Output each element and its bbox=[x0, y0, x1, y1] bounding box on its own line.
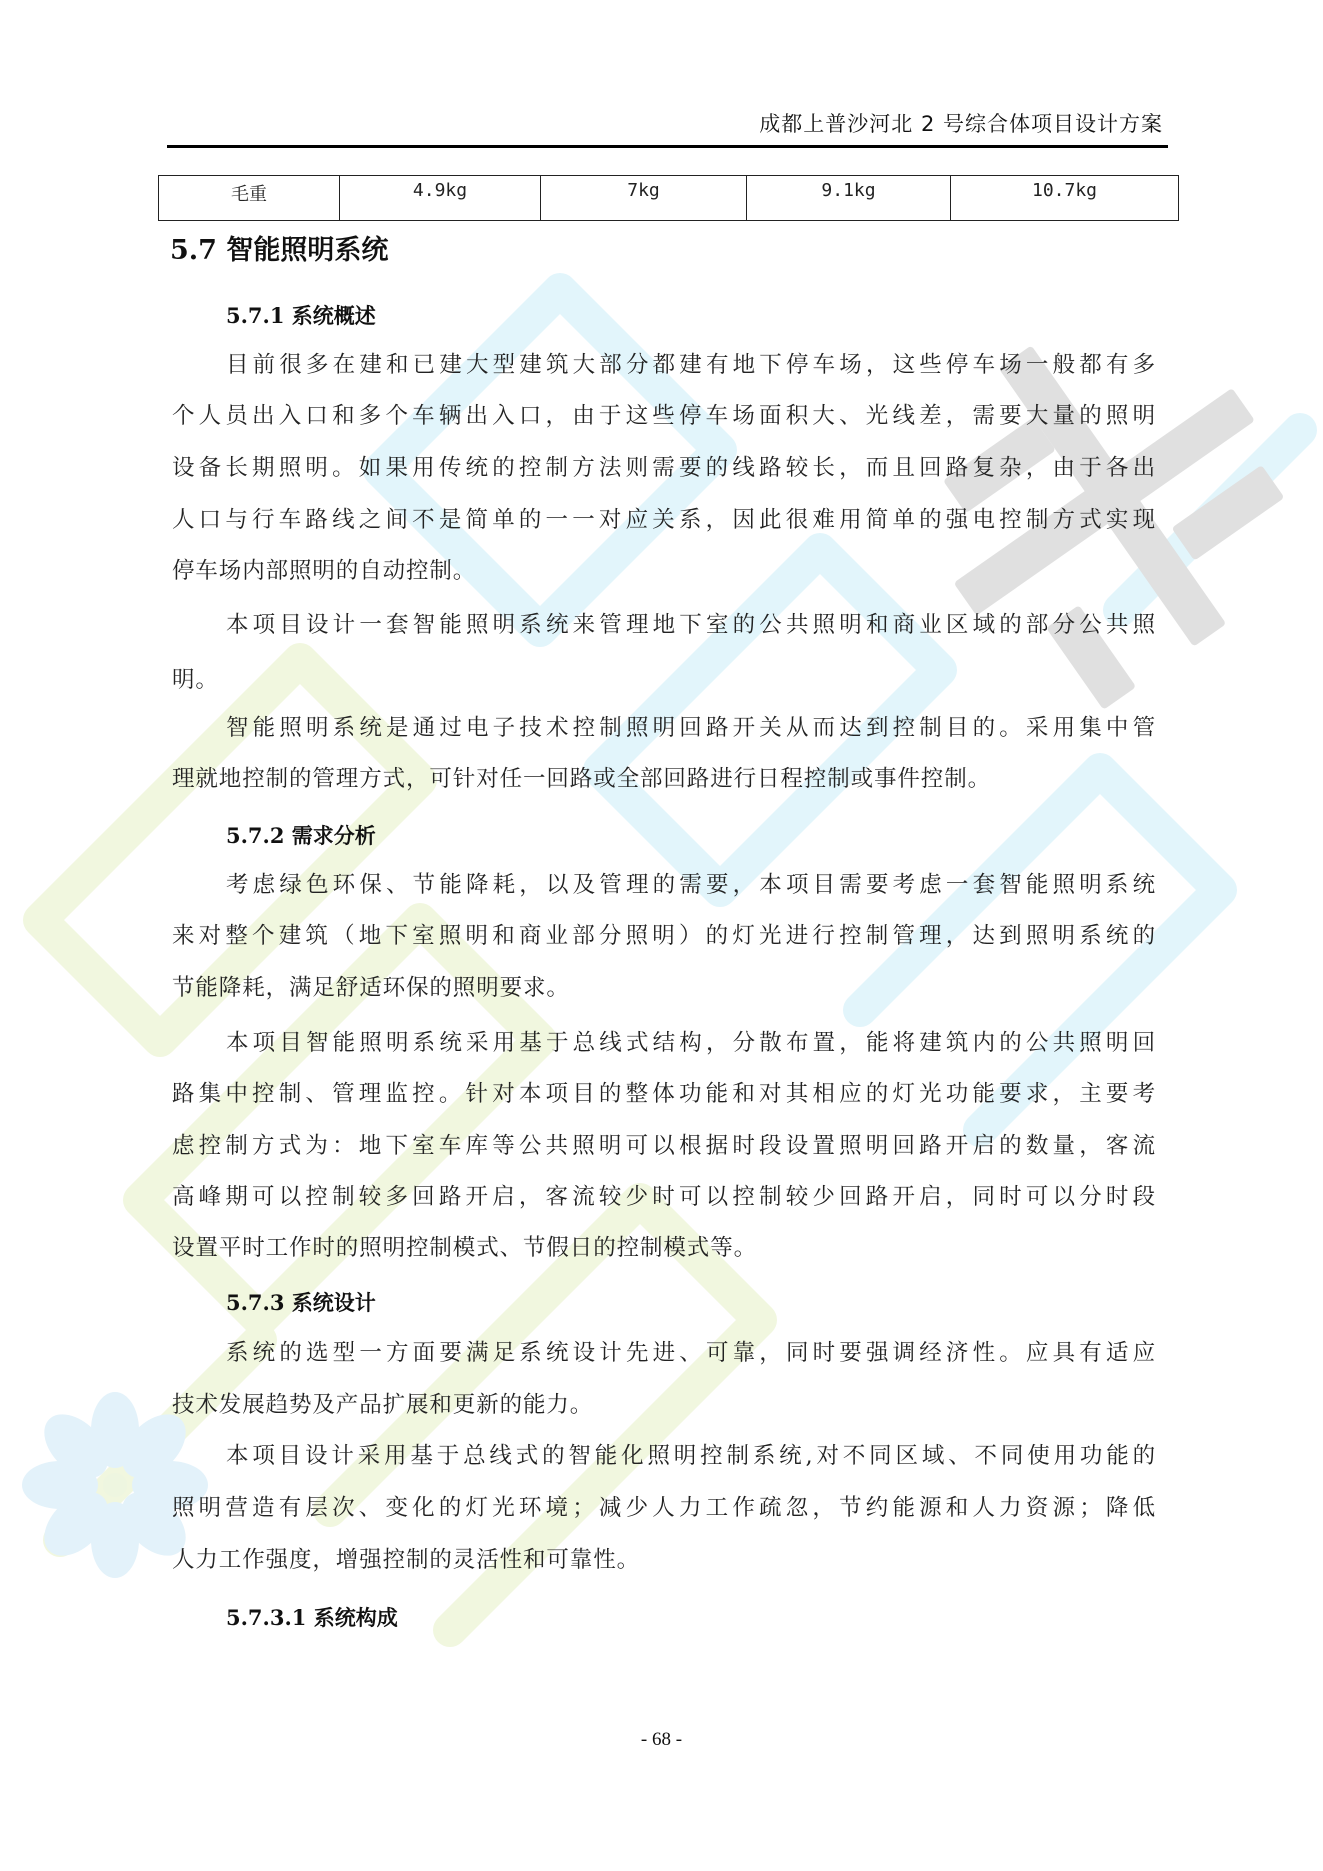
running-header: 成都上普沙河北 2 号综合体项目设计方案 bbox=[759, 108, 1163, 138]
paragraph-line: 智能照明系统是通过电子技术控制照明回路开关从而达到控制目的。采用集中管 bbox=[226, 715, 1156, 741]
paragraph-line: 节能降耗，满足舒适环保的照明要求。 bbox=[172, 975, 1156, 1001]
section-heading: 5.7 智能照明系统 bbox=[170, 228, 388, 267]
paragraph-line: 照明营造有层次、变化的灯光环境；减少人力工作疏忽，节约能源和人力资源；降低 bbox=[172, 1495, 1156, 1521]
table-cell: 9.1kg bbox=[747, 176, 951, 221]
table-cell-label: 毛重 bbox=[159, 176, 340, 221]
subsection-heading: 5.7.3.1 系统构成 bbox=[226, 1602, 398, 1632]
page-number: - 68 - bbox=[0, 1729, 1323, 1751]
paragraph-line: 技术发展趋势及产品扩展和更新的能力。 bbox=[172, 1392, 1156, 1418]
paragraph-line: 理就地控制的管理方式，可针对任一回路或全部回路进行日程控制或事件控制。 bbox=[172, 766, 1156, 792]
paragraph-line: 来对整个建筑（地下室照明和商业部分照明）的灯光进行控制管理，达到照明系统的 bbox=[172, 923, 1156, 949]
table-cell: 10.7kg bbox=[951, 176, 1179, 221]
paragraph-line: 明。 bbox=[172, 667, 1156, 693]
subsection-heading: 5.7.2 需求分析 bbox=[226, 820, 376, 850]
table-cell: 4.9kg bbox=[340, 176, 541, 221]
paragraph-line: 目前很多在建和已建大型建筑大部分都建有地下停车场，这些停车场一般都有多 bbox=[226, 352, 1156, 378]
table-row: 毛重 4.9kg 7kg 9.1kg 10.7kg bbox=[159, 176, 1179, 221]
paragraph-line: 本项目设计一套智能照明系统来管理地下室的公共照明和商业区域的部分公共照 bbox=[226, 612, 1156, 638]
paragraph-line: 本项目设计采用基于总线式的智能化照明控制系统,对不同区域、不同使用功能的 bbox=[226, 1443, 1156, 1469]
paragraph-line: 本项目智能照明系统采用基于总线式结构，分散布置，能将建筑内的公共照明回 bbox=[226, 1030, 1156, 1056]
subsection-heading: 5.7.3 系统设计 bbox=[226, 1287, 376, 1317]
paragraph-line: 考虑绿色环保、节能降耗，以及管理的需要，本项目需要考虑一套智能照明系统 bbox=[226, 872, 1156, 898]
paragraph-line: 人力工作强度，增强控制的灵活性和可靠性。 bbox=[172, 1547, 1156, 1573]
paragraph-line: 路集中控制、管理监控。针对本项目的整体功能和对其相应的灯光功能要求，主要考 bbox=[172, 1081, 1156, 1107]
paragraph-line: 设备长期照明。如果用传统的控制方法则需要的线路较长，而且回路复杂，由于各出 bbox=[172, 455, 1156, 481]
paragraph-line: 个人员出入口和多个车辆出入口，由于这些停车场面积大、光线差，需要大量的照明 bbox=[172, 403, 1156, 429]
header-rule bbox=[167, 145, 1168, 148]
paragraph-line: 系统的选型一方面要满足系统设计先进、可靠，同时要强调经济性。应具有适应 bbox=[226, 1340, 1156, 1366]
paragraph-line: 人口与行车路线之间不是简单的一一对应关系，因此很难用简单的强电控制方式实现 bbox=[172, 507, 1156, 533]
paragraph-line: 高峰期可以控制较多回路开启，客流较少时可以控制较少回路开启，同时可以分时段 bbox=[172, 1184, 1156, 1210]
paragraph-line: 停车场内部照明的自动控制。 bbox=[172, 558, 1156, 584]
spec-table: 毛重 4.9kg 7kg 9.1kg 10.7kg bbox=[158, 175, 1179, 221]
table-cell: 7kg bbox=[541, 176, 747, 221]
subsection-heading: 5.7.1 系统概述 bbox=[226, 300, 376, 330]
paragraph-line: 虑控制方式为：地下室车库等公共照明可以根据时段设置照明回路开启的数量，客流 bbox=[172, 1133, 1156, 1159]
paragraph-line: 设置平时工作时的照明控制模式、节假日的控制模式等。 bbox=[172, 1235, 1156, 1261]
